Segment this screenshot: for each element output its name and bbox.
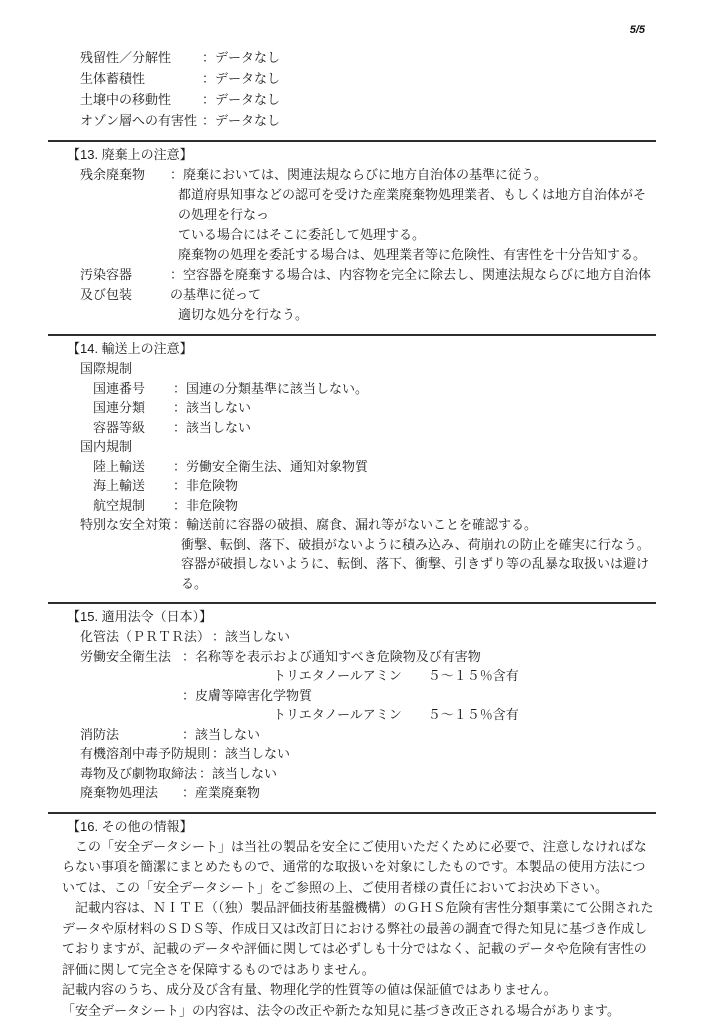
field-value: ：非危険物 [173, 496, 656, 516]
field-label: 航空規制 [93, 496, 173, 516]
field-row: 化管法（ＰＲＴＲ法） ：該当しない [48, 627, 656, 647]
field-value-line: トリエタノールアミン ５～１５％含有 [182, 666, 656, 686]
field-value: ：該当しない [182, 725, 656, 745]
section-title: 【16. その他の情報】 [48, 817, 656, 837]
field-value-line: 容器が破損しないように、転倒、落下、衝撃、引きずり等の乱暴な取扱いは避ける。 [173, 554, 656, 593]
field-value-line: ：廃棄においては、関連法規ならびに地方自治体の基準に従う。 [170, 165, 656, 185]
field-row: 有機溶剤中毒予防規則 ：該当しない [48, 744, 656, 764]
field-label: 労働安全衛生法 [80, 647, 182, 667]
field-label: 容器等級 [93, 418, 173, 438]
field-value-line: ：皮膚等障害化学物質 [182, 686, 656, 706]
field-value: ：名称等を表示および通知すべき危険物及び有害物 トリエタノールアミン ５～１５％… [182, 647, 656, 725]
field-label-line: 汚染容器 [80, 265, 170, 285]
regulation-group-header: 国内規制 [48, 437, 656, 457]
field-value: ：非危険物 [173, 476, 656, 496]
field-value: ：労働安全衛生法、通知対象物質 [173, 457, 656, 477]
field-value-line: 都道府県知事などの認可を受けた産業廃棄物処理業者、もしくは地方自治体がその処理を… [170, 185, 656, 225]
field-row: オゾン層への有害性 ：データなし [48, 110, 656, 131]
field-value-line: トリエタノールアミン ５～１５％含有 [182, 705, 656, 725]
field-value: ：データなし [202, 47, 656, 68]
field-label: 海上輸送 [93, 476, 173, 496]
field-value: ：データなし [202, 89, 656, 110]
section-divider [48, 334, 656, 336]
field-label: 廃棄物処理法 [80, 783, 182, 803]
field-label: 特別な安全対策 [80, 515, 173, 535]
section-title: 【14. 輸送上の注意】 [48, 339, 656, 359]
field-value: ：産業廃棄物 [182, 783, 656, 803]
field-label: 毒物及び劇物取締法 [80, 764, 199, 784]
field-value-line: ：空容器を廃棄する場合は、内容物を完全に除去し、関連法規ならびに地方自治体の基準… [170, 265, 656, 305]
field-value: ：データなし [202, 110, 656, 131]
field-value-line: ：輸送前に容器の破損、腐食、漏れ等がないことを確認する。 [173, 515, 656, 535]
field-label: 消防法 [80, 725, 182, 745]
field-row: 容器等級 ：該当しない [48, 418, 656, 438]
section-15-regulations: 【15. 適用法令（日本）】 化管法（ＰＲＴＲ法） ：該当しない 労働安全衛生法… [48, 607, 656, 803]
field-value: ：輸送前に容器の破損、腐食、漏れ等がないことを確認する。 衝撃、転倒、落下、破損… [173, 515, 656, 593]
field-row: 航空規制 ：非危険物 [48, 496, 656, 516]
field-row: 土壌中の移動性 ：データなし [48, 89, 656, 110]
section-13-waste-disposal: 【13. 廃棄上の注意】 残余廃棄物 ：廃棄においては、関連法規ならびに地方自治… [48, 145, 656, 325]
field-value: ：廃棄においては、関連法規ならびに地方自治体の基準に従う。 都道府県知事などの認… [170, 165, 656, 265]
field-value: ：該当しない [173, 398, 656, 418]
field-label: 化管法（ＰＲＴＲ法） [80, 627, 212, 647]
section-ecological-remainder: 残留性／分解性 ：データなし 生体蓄積性 ：データなし 土壌中の移動性 ：データ… [48, 47, 656, 131]
field-row: 労働安全衛生法 ：名称等を表示および通知すべき危険物及び有害物 トリエタノールア… [48, 647, 656, 725]
field-row: 毒物及び劇物取締法 ：該当しない [48, 764, 656, 784]
section-divider [48, 140, 656, 142]
section-title: 【15. 適用法令（日本）】 [48, 607, 656, 627]
field-value: ：該当しない [212, 744, 656, 764]
field-row: 海上輸送 ：非危険物 [48, 476, 656, 496]
page-content: 残留性／分解性 ：データなし 生体蓄積性 ：データなし 土壌中の移動性 ：データ… [0, 0, 724, 1021]
field-row: 国連分類 ：該当しない [48, 398, 656, 418]
field-value: ：該当しない [199, 764, 656, 784]
field-value-line: 適切な処分を行なう。 [170, 305, 656, 325]
notes-paragraph: 記載内容のうち、成分及び含有量、物理化学的性質等の値は保証値ではありません。 [48, 980, 656, 1001]
field-row: 陸上輸送 ：労働安全衛生法、通知対象物質 [48, 457, 656, 477]
regulation-group-header: 国際規制 [48, 359, 656, 379]
field-row: 国連番号 ：国連の分類基準に該当しない。 [48, 379, 656, 399]
field-value: ：空容器を廃棄する場合は、内容物を完全に除去し、関連法規ならびに地方自治体の基準… [170, 265, 656, 325]
field-row: 汚染容器 及び包装 ：空容器を廃棄する場合は、内容物を完全に除去し、関連法規なら… [48, 265, 656, 325]
field-row: 残余廃棄物 ：廃棄においては、関連法規ならびに地方自治体の基準に従う。 都道府県… [48, 165, 656, 265]
field-label: 残余廃棄物 [80, 165, 170, 185]
field-value: ：国連の分類基準に該当しない。 [173, 379, 656, 399]
section-divider [48, 812, 656, 814]
field-label: 国連分類 [93, 398, 173, 418]
field-label-line: 及び包装 [80, 285, 170, 305]
field-value-line: 衝撃、転倒、落下、破損がないように積み込み、荷崩れの防止を確実に行なう。 [173, 535, 656, 555]
field-row: 残留性／分解性 ：データなし [48, 47, 656, 68]
field-label: 陸上輸送 [93, 457, 173, 477]
field-value: ：該当しない [173, 418, 656, 438]
sds-page: 5/5 残留性／分解性 ：データなし 生体蓄積性 ：データなし 土壌中の移動性 … [0, 0, 724, 1024]
section-16-other-info: 【16. その他の情報】 この「安全データシート」は当社の製品を安全にご使用いた… [48, 817, 656, 1022]
notes-paragraph: この「安全データシート」は当社の製品を安全にご使用いただくために必要で、注意しな… [48, 837, 656, 899]
section-title: 【13. 廃棄上の注意】 [48, 145, 656, 165]
field-value-line: ：名称等を表示および通知すべき危険物及び有害物 [182, 647, 656, 667]
field-label: オゾン層への有害性 [80, 110, 202, 131]
section-14-transport: 【14. 輸送上の注意】 国際規制 国連番号 ：国連の分類基準に該当しない。 国… [48, 339, 656, 593]
notes-paragraph: 「安全データシート」の内容は、法令の改正や新たな知見に基づき改正される場合があり… [48, 1001, 656, 1022]
field-label: 土壌中の移動性 [80, 89, 202, 110]
field-row: 生体蓄積性 ：データなし [48, 68, 656, 89]
field-label: 残留性／分解性 [80, 47, 202, 68]
field-label: 有機溶剤中毒予防規則 [80, 744, 212, 764]
field-value: ：該当しない [212, 627, 656, 647]
field-label: 生体蓄積性 [80, 68, 202, 89]
field-row: 特別な安全対策 ：輸送前に容器の破損、腐食、漏れ等がないことを確認する。 衝撃、… [48, 515, 656, 593]
notes-paragraph: 記載内容は、ＮＩＴＥ（（独）製品評価技術基盤機構）のＧＨＳ危険有害性分類事業にて… [48, 898, 656, 980]
field-label: 国連番号 [93, 379, 173, 399]
field-row: 消防法 ：該当しない [48, 725, 656, 745]
section-divider [48, 602, 656, 604]
field-row: 廃棄物処理法 ：産業廃棄物 [48, 783, 656, 803]
page-number: 5/5 [630, 24, 645, 36]
field-value: ：データなし [202, 68, 656, 89]
field-value-line: 廃棄物の処理を委託する場合は、処理業者等に危険性、有害性を十分告知する。 [170, 245, 656, 265]
field-value-line: ている場合にはそこに委託して処理する。 [170, 225, 656, 245]
field-label: 汚染容器 及び包装 [80, 265, 170, 305]
